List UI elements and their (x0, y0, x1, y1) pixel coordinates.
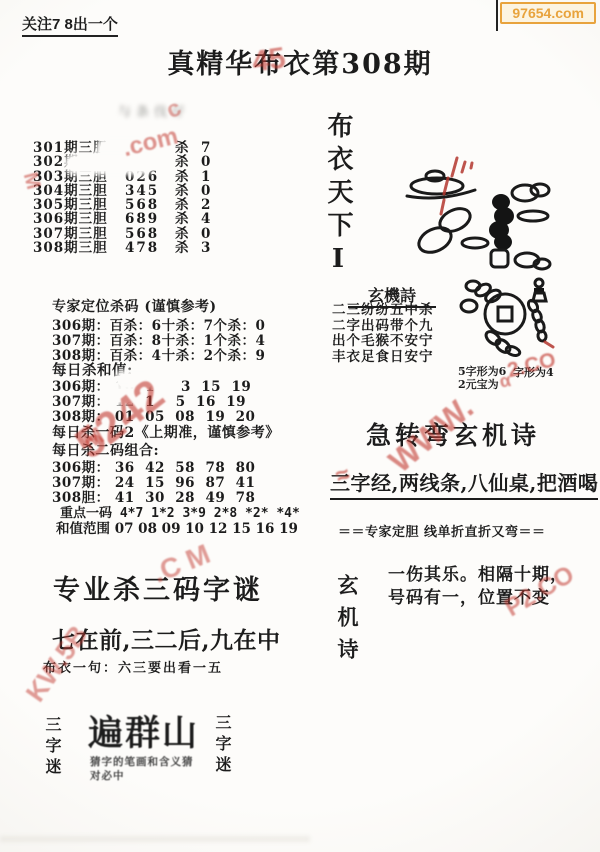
xuanji-poem-line: 号码有一，位置不变 (388, 583, 550, 608)
history-row: 307期三胆568杀0 (33, 227, 211, 241)
poem-line: 丰衣足食日安宁 (332, 350, 434, 366)
coin-doodle-picture (455, 276, 560, 361)
history-row: 306期三胆689杀4 (33, 212, 211, 226)
history-row: 303期三胆026杀1 (33, 170, 211, 184)
illegible-header-smudge: 与条伐仔 (118, 101, 190, 120)
riddle-word: 遍群山 (88, 706, 199, 756)
hand-drawn-shapes-picture (405, 150, 600, 285)
daily-kill-one-line: 每日杀一码2《上期准，谨慎参考》 (52, 422, 280, 442)
poem-line: 二三纷纷五中杀 (332, 303, 434, 319)
coin-note-line2: 2元宝为 (458, 376, 499, 392)
brand-vertical-title: 布衣天下I (320, 112, 357, 281)
site-watermark-badge[interactable]: 97654.com (500, 2, 596, 24)
riddle-note-line: 猜字的笔画和含义猜 (90, 754, 194, 769)
page-title: 真精华布衣第308期 (0, 42, 600, 81)
poem-line: 二字出码带个九 (332, 319, 434, 335)
riddle-note-line: 对必中 (90, 768, 125, 783)
scan-edge-mark (496, 0, 498, 31)
sum-range-line: 和值范围 07 08 09 10 12 15 16 19 (56, 517, 298, 537)
xuanji-poem-line: 一伤其乐。相隔十期， (388, 560, 568, 585)
scan-smudge (0, 836, 310, 842)
top-left-focus-note: 关注7 8出一个 (22, 13, 118, 37)
white-correction-patch (100, 142, 150, 157)
sharp-turn-poem-title: 急转弯玄机诗 (366, 416, 540, 452)
kill-three-codes-title: 专业杀三码字谜 (53, 568, 263, 607)
white-correction-patch (118, 374, 154, 387)
kill-three-codes-line: 七在前,三二后,九在中 (52, 622, 281, 655)
buyi-sentence-line: 布衣一句：六三要出看一五 (43, 657, 223, 676)
coin-note-line1b: 字形为4 (513, 364, 554, 380)
expert-kill-title: 专家定位杀码 (谨慎参考) (52, 296, 217, 316)
white-correction-patch (104, 389, 138, 402)
three-char-riddle-label-left: 三字迷 (41, 716, 64, 779)
poem-line: 出个毛猴不安宁 (332, 334, 434, 350)
white-correction-patch (68, 157, 150, 171)
sharp-turn-poem-line: 三字经,两线条,八仙桌,把酒喝 (330, 467, 598, 500)
scanned-lottery-sheet: 关注7 8出一个 97654.com 真精华布衣第308期 与条伐仔 301期三… (0, 0, 600, 852)
history-row: 308期三胆478杀3 (33, 241, 211, 255)
mystery-poem-lines: 二三纷纷五中杀 二字出码带个九 出个毛猴不安宁 丰衣足食日安宁 (332, 303, 434, 365)
xuanji-poem-vertical-label: 玄机诗 (332, 574, 362, 670)
three-char-riddle-label-right: 三字迷 (211, 714, 234, 777)
expert-dare-line: ＝＝专家定胆 线单折直折又弯＝＝ (338, 521, 546, 540)
